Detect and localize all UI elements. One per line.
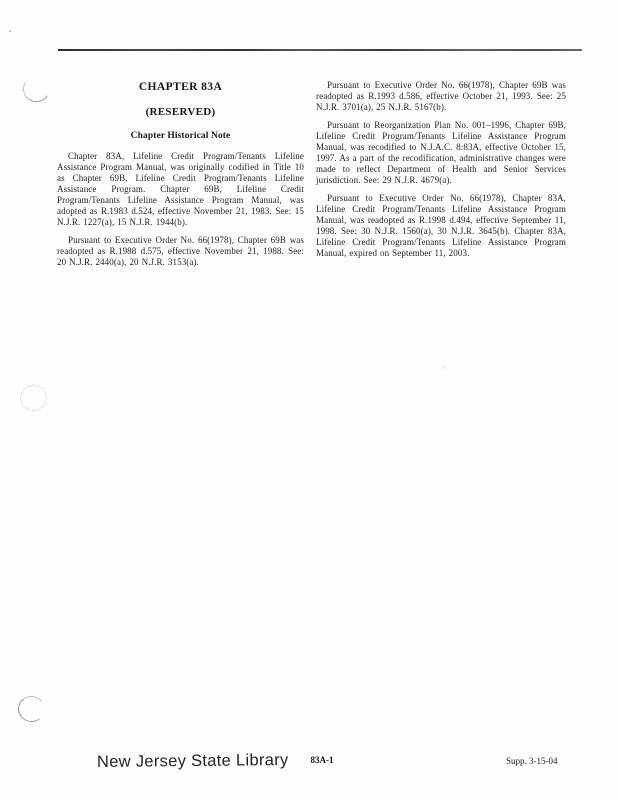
page-number: 83A-1 bbox=[298, 755, 346, 765]
hole-punch-mark bbox=[20, 385, 47, 411]
historical-note-paragraph: Chapter 83A, Lifeline Credit Program/Ten… bbox=[57, 151, 304, 228]
historical-note-paragraph: Pursuant to Executive Order No. 66(1978)… bbox=[57, 235, 304, 268]
top-scan-line bbox=[58, 49, 582, 51]
scan-speck bbox=[9, 30, 11, 32]
historical-note-paragraph: Pursuant to Executive Order No. 66(1978)… bbox=[316, 193, 566, 259]
reserved-heading: (RESERVED) bbox=[57, 107, 304, 118]
historical-note-paragraph: Pursuant to Executive Order No. 66(1978)… bbox=[316, 80, 566, 113]
chapter-title: CHAPTER 83A bbox=[57, 82, 304, 93]
hole-punch-mark bbox=[21, 73, 53, 104]
right-column: Pursuant to Executive Order No. 66(1978)… bbox=[316, 80, 566, 266]
scanned-document-page: CHAPTER 83A (RESERVED) Chapter Historica… bbox=[0, 0, 618, 800]
historical-note-paragraph: Pursuant to Reorganization Plan No. 001–… bbox=[316, 120, 566, 186]
library-stamp: New Jersey State Library bbox=[97, 751, 289, 772]
hole-punch-mark bbox=[16, 694, 46, 724]
left-column: CHAPTER 83A (RESERVED) Chapter Historica… bbox=[57, 82, 304, 275]
scan-speck bbox=[443, 366, 446, 369]
supplement-date: Supp. 3-15-04 bbox=[506, 756, 558, 766]
historical-note-heading: Chapter Historical Note bbox=[57, 131, 304, 142]
